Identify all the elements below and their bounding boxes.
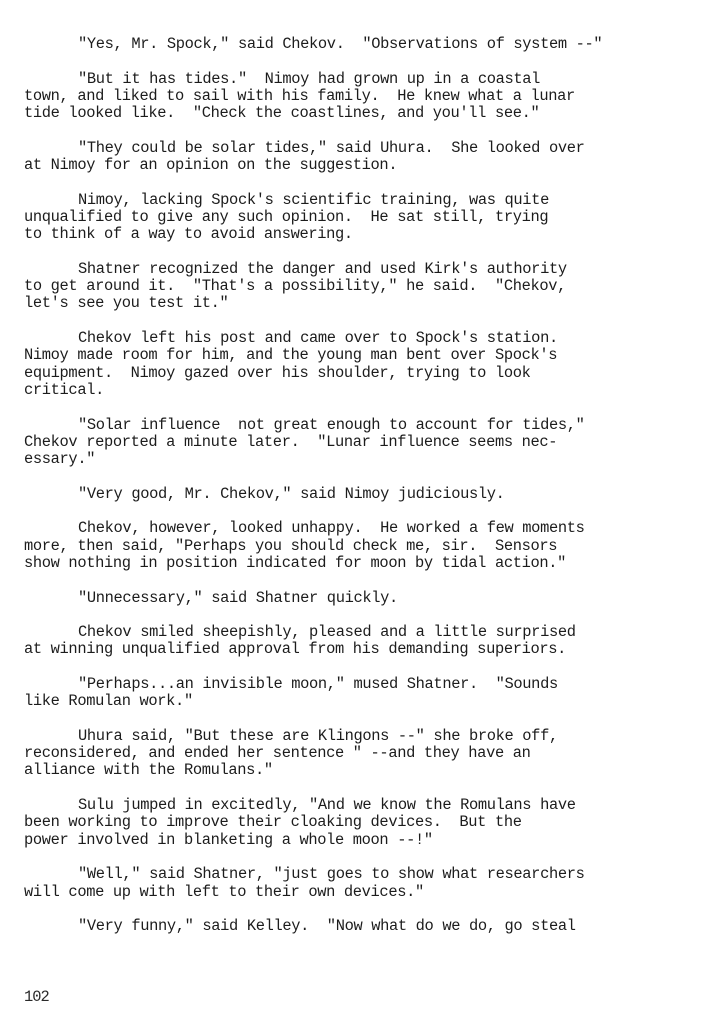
text-line: "Yes, Mr. Spock," said Chekov. "Observat… xyxy=(24,36,714,53)
text-line: reconsidered, and ended her sentence " -… xyxy=(24,745,714,762)
paragraph: "Yes, Mr. Spock," said Chekov. "Observat… xyxy=(24,36,714,53)
paragraph: "Unnecessary," said Shatner quickly. xyxy=(24,590,714,607)
text-line: essary." xyxy=(24,451,714,468)
text-line: to get around it. "That's a possibility,… xyxy=(24,278,714,295)
paragraph: "Very good, Mr. Chekov," said Nimoy judi… xyxy=(24,486,714,503)
text-line: more, then said, "Perhaps you should che… xyxy=(24,538,714,555)
paragraph: "They could be solar tides," said Uhura.… xyxy=(24,140,714,175)
paragraph: "Perhaps...an invisible moon," mused Sha… xyxy=(24,676,714,711)
text-line: tide looked like. "Check the coastlines,… xyxy=(24,105,714,122)
text-line: show nothing in position indicated for m… xyxy=(24,555,714,572)
text-line: Chekov smiled sheepishly, pleased and a … xyxy=(24,624,714,641)
text-line: unqualified to give any such opinion. He… xyxy=(24,209,714,226)
text-line: "But it has tides." Nimoy had grown up i… xyxy=(24,71,714,88)
text-line: will come up with left to their own devi… xyxy=(24,884,714,901)
text-line: "Unnecessary," said Shatner quickly. xyxy=(24,590,714,607)
text-line: at Nimoy for an opinion on the suggestio… xyxy=(24,157,714,174)
paragraph: Sulu jumped in excitedly, "And we know t… xyxy=(24,797,714,849)
text-line: Chekov, however, looked unhappy. He work… xyxy=(24,520,714,537)
text-line: town, and liked to sail with his family.… xyxy=(24,88,714,105)
paragraph: "Solar influence not great enough to acc… xyxy=(24,417,714,469)
text-line: Chekov left his post and came over to Sp… xyxy=(24,330,714,347)
text-line: Sulu jumped in excitedly, "And we know t… xyxy=(24,797,714,814)
text-line: let's see you test it." xyxy=(24,295,714,312)
text-line: Uhura said, "But these are Klingons --" … xyxy=(24,728,714,745)
paragraph: "But it has tides." Nimoy had grown up i… xyxy=(24,71,714,123)
paragraph: "Well," said Shatner, "just goes to show… xyxy=(24,866,714,901)
paragraph: Uhura said, "But these are Klingons --" … xyxy=(24,728,714,780)
paragraph: Shatner recognized the danger and used K… xyxy=(24,261,714,313)
paragraph: Chekov, however, looked unhappy. He work… xyxy=(24,520,714,572)
text-line: "Very good, Mr. Chekov," said Nimoy judi… xyxy=(24,486,714,503)
text-line: "They could be solar tides," said Uhura.… xyxy=(24,140,714,157)
text-line: "Very funny," said Kelley. "Now what do … xyxy=(24,918,714,935)
text-line: Nimoy made room for him, and the young m… xyxy=(24,347,714,364)
text-line: been working to improve their cloaking d… xyxy=(24,814,714,831)
text-line: Chekov reported a minute later. "Lunar i… xyxy=(24,434,714,451)
text-line: "Solar influence not great enough to acc… xyxy=(24,417,714,434)
text-line: Nimoy, lacking Spock's scientific traini… xyxy=(24,192,714,209)
text-line: "Well," said Shatner, "just goes to show… xyxy=(24,866,714,883)
paragraph: Chekov smiled sheepishly, pleased and a … xyxy=(24,624,714,659)
paragraph: "Very funny," said Kelley. "Now what do … xyxy=(24,918,714,935)
paragraph: Chekov left his post and came over to Sp… xyxy=(24,330,714,399)
text-line: critical. xyxy=(24,382,714,399)
document-page: "Yes, Mr. Spock," said Chekov. "Observat… xyxy=(24,36,714,953)
page-number: 102 xyxy=(24,988,49,1006)
text-line: equipment. Nimoy gazed over his shoulder… xyxy=(24,365,714,382)
text-line: Shatner recognized the danger and used K… xyxy=(24,261,714,278)
text-line: alliance with the Romulans." xyxy=(24,762,714,779)
text-line: to think of a way to avoid answering. xyxy=(24,226,714,243)
text-line: at winning unqualified approval from his… xyxy=(24,641,714,658)
text-line: "Perhaps...an invisible moon," mused Sha… xyxy=(24,676,714,693)
paragraph: Nimoy, lacking Spock's scientific traini… xyxy=(24,192,714,244)
text-line: power involved in blanketing a whole moo… xyxy=(24,832,714,849)
text-line: like Romulan work." xyxy=(24,693,714,710)
